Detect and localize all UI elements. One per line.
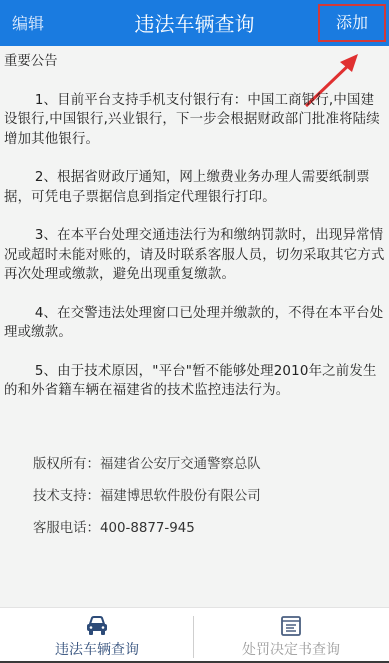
- support-text: 技术支持：福建博思软件股份有限公司: [33, 487, 261, 519]
- notice-item: 2、根据省财政厅通知，网上缴费业务办理人需要纸制票据，可凭电子票据信息到指定代理…: [4, 168, 385, 207]
- app-screen: 编辑 违法车辆查询 添加 重要公告 1、目前平台支持手机支付银行有：中国工商银行…: [0, 0, 389, 663]
- tab-penalty-query[interactable]: 处罚决定书查询: [194, 608, 388, 663]
- header-bar: 编辑 违法车辆查询 添加: [0, 0, 389, 46]
- notice-item: 1、目前平台支持手机支付银行有：中国工商银行,中国建设银行,中国银行,兴业银行，…: [4, 91, 385, 150]
- notice-content: 重要公告 1、目前平台支持手机支付银行有：中国工商银行,中国建设银行,中国银行,…: [4, 52, 385, 420]
- car-icon: [85, 615, 109, 637]
- bottom-tab-bar: 违法车辆查询 处罚决定书查询: [0, 607, 389, 663]
- tab-label: 处罚决定书查询: [242, 642, 340, 658]
- tab-violation-query[interactable]: 违法车辆查询: [0, 608, 194, 663]
- notice-item: 5、由于技术原因，"平台"暂不能够处理2010年之前发生的和外省籍车辆在福建省的…: [4, 362, 385, 401]
- footer-info: 版权所有：福建省公安厅交通警察总队 技术支持：福建博思软件股份有限公司 客服电话…: [33, 455, 261, 551]
- notice-heading: 重要公告: [4, 52, 385, 72]
- copyright-text: 版权所有：福建省公安厅交通警察总队: [33, 455, 261, 487]
- phone-text[interactable]: 客服电话：400-8877-945: [33, 519, 261, 551]
- add-button[interactable]: 添加: [318, 4, 386, 42]
- document-icon: [279, 615, 303, 637]
- tab-label: 违法车辆查询: [55, 642, 139, 658]
- notice-item: 3、在本平台处理交通违法行为和缴纳罚款时，出现异常情况或超时未能对账的，请及时联…: [4, 226, 385, 285]
- notice-item: 4、在交警违法处理窗口已处理并缴款的，不得在本平台处理或缴款。: [4, 304, 385, 343]
